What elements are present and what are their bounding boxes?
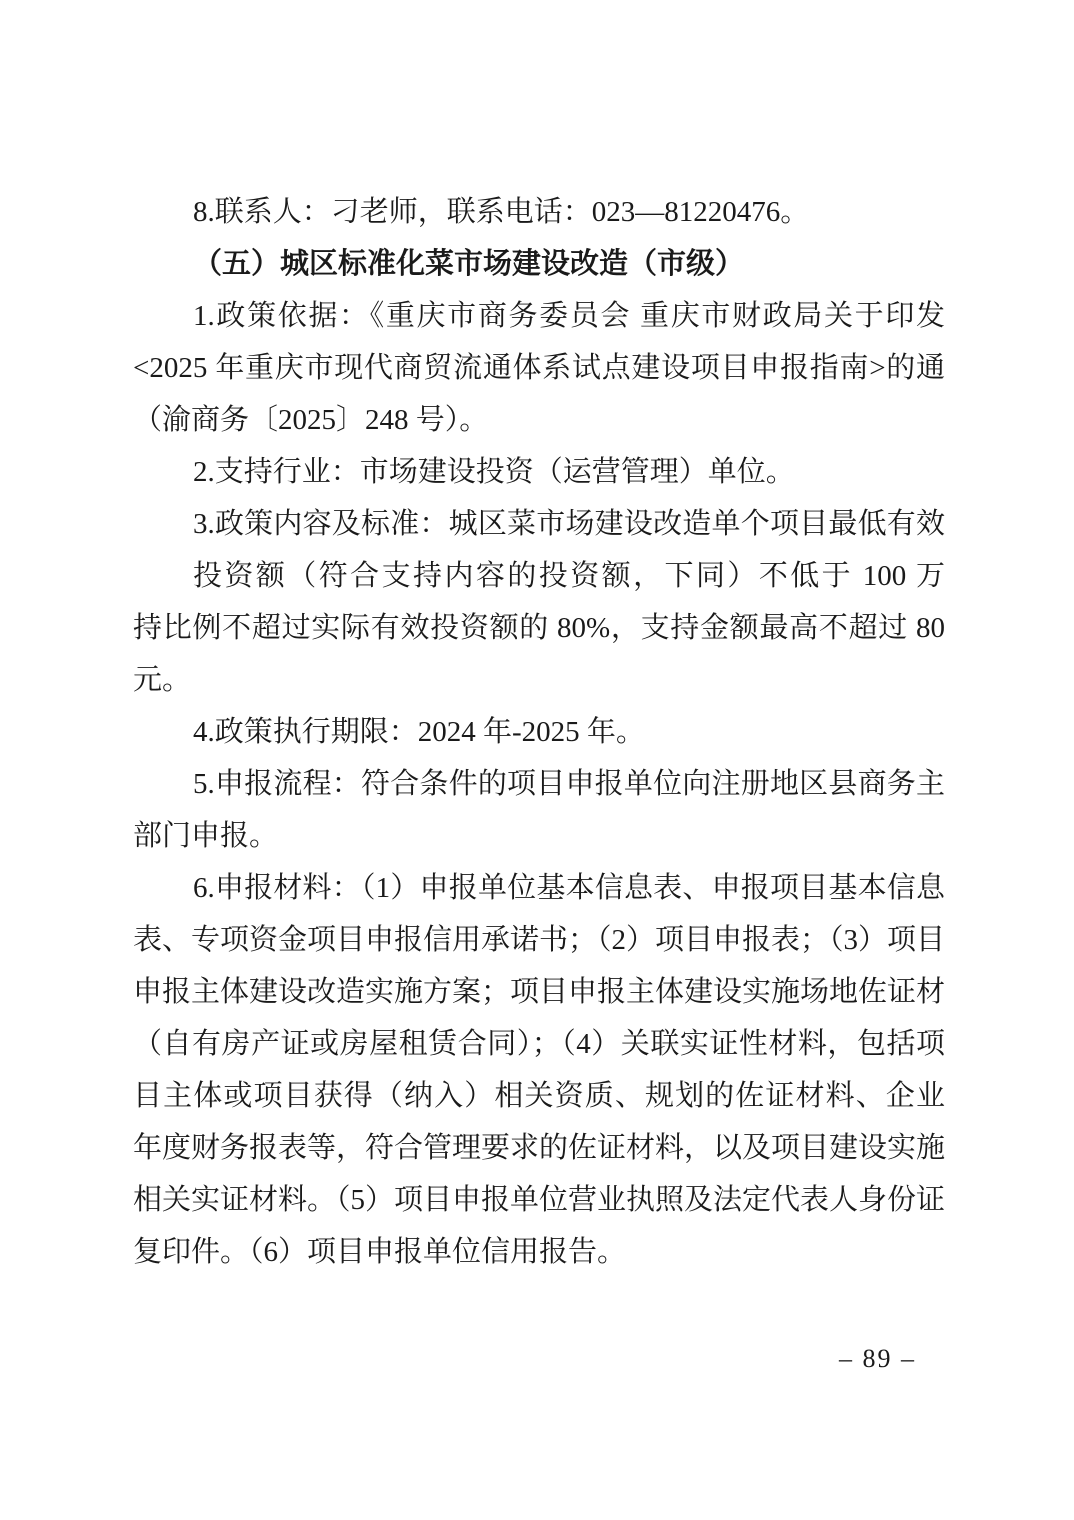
document-line: 持比例不超过实际有效投资额的 80%，支持金额最高不超过 80 万 [133, 602, 945, 654]
document-page: 8.联系人：刁老师，联系电话：023—81220476。（五）城区标准化菜市场建… [0, 0, 1074, 1520]
document-line: 2.支持行业：市场建设投资（运营管理）单位。 [133, 446, 945, 498]
document-line: 1.政策依据：《重庆市商务委员会 重庆市财政局关于印发 [133, 290, 945, 342]
document-line: 3.政策内容及标准：城区菜市场建设改造单个项目最低有效 [133, 498, 945, 550]
document-body: 8.联系人：刁老师，联系电话：023—81220476。（五）城区标准化菜市场建… [133, 186, 945, 1278]
document-line: （渝商务〔2025〕248 号）。 [133, 394, 945, 446]
document-line: 6.申报材料：（1）申报单位基本信息表、申报项目基本信息 [133, 862, 945, 914]
document-line: 投资额（符合支持内容的投资额，下同）不低于 100 万元，支 [133, 550, 945, 602]
document-line: 4.政策执行期限：2024 年-2025 年。 [133, 706, 945, 758]
document-line: 表、专项资金项目申报信用承诺书；（2）项目申报表；（3）项目 [133, 914, 945, 966]
document-line: 相关实证材料。（5）项目申报单位营业执照及法定代表人身份证 [133, 1174, 945, 1226]
document-line: <2025 年重庆市现代商贸流通体系试点建设项目申报指南>的通知》 [133, 342, 945, 394]
document-line: 年度财务报表等，符合管理要求的佐证材料，以及项目建设实施的 [133, 1122, 945, 1174]
document-line: 复印件。（6）项目申报单位信用报告。 [133, 1226, 945, 1278]
document-line: 元。 [133, 654, 945, 706]
document-line: 申报主体建设改造实施方案；项目申报主体建设实施场地佐证材料 [133, 966, 945, 1018]
document-line: 目主体或项目获得（纳入）相关资质、规划的佐证材料、企业 2024 [133, 1070, 945, 1122]
document-line: 8.联系人：刁老师，联系电话：023—81220476。 [133, 186, 945, 238]
document-line: （自有房产证或房屋租赁合同）；（4）关联实证性材料，包括项 [133, 1018, 945, 1070]
page-number: – 89 – [839, 1342, 916, 1376]
section-heading-line: （五）城区标准化菜市场建设改造（市级） [133, 238, 945, 290]
document-line: 5.申报流程：符合条件的项目申报单位向注册地区县商务主管 [133, 758, 945, 810]
document-line: 部门申报。 [133, 810, 945, 862]
